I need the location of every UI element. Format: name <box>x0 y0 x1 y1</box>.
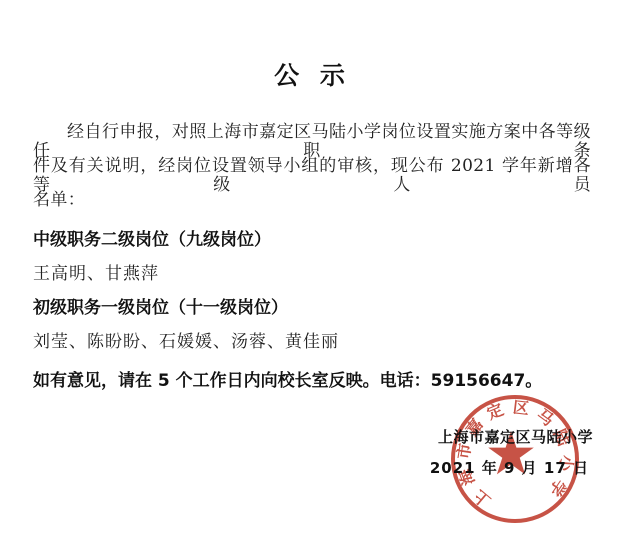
body-paragraph-line-2: 件及有关说明，经岗位设置领导小组的审核，现公布 2021 学年新增各等级人员 <box>33 157 591 195</box>
section-heading-mid-level-position: 中级职务二级岗位（九级岗位） <box>33 225 271 250</box>
signature-organization: 上海市嘉定区马陆小学 <box>430 426 593 447</box>
signature-date: 2021 年 9 月 17 日 <box>430 457 593 478</box>
page-title: 公 示 <box>0 56 625 92</box>
body-paragraph-line-3: 名单： <box>33 191 591 210</box>
announcement-document: 公 示 经自行申报，对照上海市嘉定区马陆小学岗位设置实施方案中各等级任职条 件及… <box>0 0 625 537</box>
signature-block: 上海市嘉定区马陆小学 2021 年 9 月 17 日 <box>430 426 593 478</box>
name-list-mid-level: 王高明、甘燕萍 <box>33 259 159 284</box>
name-list-junior-level: 刘莹、陈盼盼、石媛媛、汤蓉、黄佳丽 <box>33 327 339 352</box>
section-heading-junior-level-position: 初级职务一级岗位（十一级岗位） <box>33 293 288 318</box>
seal-arc-char: 区 <box>512 397 530 418</box>
